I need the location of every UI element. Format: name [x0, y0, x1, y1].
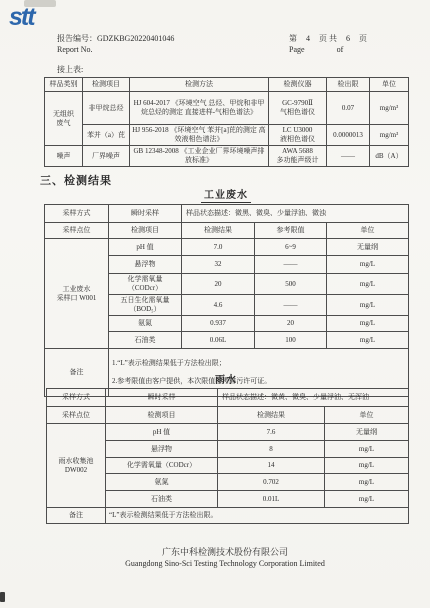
header-cell: 检测结果 [182, 223, 255, 239]
category-cell: 噪声 [45, 146, 83, 167]
stt-logo: stt [9, 3, 34, 32]
table-header-row: 样品类别 检测项目 检测方法 检测仪器 检出限 单位 [45, 78, 409, 92]
rainwater-table: 采样方式 瞬时采样 样品状态描述：微黄、微臭、少量浮油、无浑油 采样点位 检测项… [46, 388, 409, 524]
limit-cell: 0.0000013 [327, 125, 370, 146]
method-table: 样品类别 检测项目 检测方法 检测仪器 检出限 单位 无组织 废气 非甲烷总烃 … [44, 77, 409, 167]
page-word-di: 第 [289, 33, 297, 44]
sampling-point-cell: 雨水收集池 DW002 [47, 424, 106, 508]
item-cell: 苯并（a）芘 [83, 125, 130, 146]
result-cell: 14 [218, 458, 325, 474]
wastewater-table-title: 工业废水 [201, 186, 251, 203]
wastewater-title-wrap: 工业废水 [44, 185, 408, 203]
header-cell: 样品类别 [45, 78, 83, 92]
item-cell: 石油类 [106, 491, 218, 508]
scan-artifact-bottom [0, 592, 5, 602]
header-cell: 检出限 [327, 78, 370, 92]
report-label-en: Report No. [57, 44, 174, 55]
limit-cell: 0.07 [327, 92, 370, 125]
ref-limit-cell: 500 [255, 274, 327, 295]
unit-cell: mg/L [325, 458, 409, 474]
item-cell: 化学需氧量 （CODcr） [109, 274, 182, 295]
item-cell: pH 值 [109, 239, 182, 256]
table-row: 采样方式 瞬时采样 样品状态描述：微黑、微臭、少量浮油、微浊 [45, 205, 409, 223]
header-cell: 采样点位 [45, 223, 109, 239]
rainwater-table-title: 雨水 [215, 371, 237, 386]
item-cell: pH 值 [106, 424, 218, 441]
method-cell: HJ 956-2018 《环境空气 苯并[a]芘的测定 高效液相色谱法》 [130, 125, 269, 146]
unit-cell: mg/L [325, 474, 409, 491]
table-row: 噪声 厂界噪声 GB 12348-2008 《工业企业厂界环境噪声排放标准》 A… [45, 146, 409, 167]
header-cell: 单位 [370, 78, 409, 92]
report-number-line: 报告编号：GDZKBG20220401046 [57, 33, 174, 44]
table-row: 备注 “L”表示检测结果低于方法检出限。 [47, 508, 409, 524]
note-line: 1.“L”表示检测结果低于方法检出限； [112, 359, 406, 368]
page-of-en: of [337, 45, 344, 54]
ref-limit-cell: —— [255, 295, 327, 316]
table-row: 工业废水 采样口 W001 pH 值 7.0 6~9 无量纲 [45, 239, 409, 256]
sample-state-cell: 样品状态描述：微黄、微臭、少量浮油、无浑油 [218, 389, 409, 407]
table-row: 苯并（a）芘 HJ 956-2018 《环境空气 苯并[a]芘的测定 高效液相色… [45, 125, 409, 146]
page-total: 6 [346, 33, 350, 44]
value-cell: 瞬时采样 [109, 205, 182, 223]
item-cell: 悬浮物 [106, 441, 218, 458]
note-label-cell: 备注 [47, 508, 106, 524]
report-number-block: 报告编号：GDZKBG20220401046 Report No. [57, 33, 174, 55]
label-cell: 采样方式 [45, 205, 109, 223]
header-cell: 检测仪器 [269, 78, 327, 92]
unit-cell: mg/L [327, 332, 409, 349]
instrument-cell: LC U3000 液相色谱仪 [269, 125, 327, 146]
unit-cell: mg/L [327, 256, 409, 274]
unit-cell: mg/L [325, 441, 409, 458]
footer-company: 广东中科检测技术股份有限公司 Guangdong Sino-Sci Testin… [20, 546, 430, 570]
ref-limit-cell: 100 [255, 332, 327, 349]
item-cell: 化学需氧量（CODcr） [106, 458, 218, 474]
unit-cell: mg/L [327, 274, 409, 295]
report-number: GDZKBG20220401046 [97, 34, 174, 43]
report-label-cn: 报告编号： [57, 34, 97, 43]
result-cell: 0.06L [182, 332, 255, 349]
table-header-row: 采样点位 检测项目 检测结果 单位 [47, 407, 409, 424]
result-cell: 32 [182, 256, 255, 274]
header-cell: 检测结果 [218, 407, 325, 424]
item-cell: 非甲烷总烃 [83, 92, 130, 125]
result-cell: 0.702 [218, 474, 325, 491]
unit-cell: mg/m³ [370, 92, 409, 125]
page-number: 4 [306, 33, 310, 44]
unit-cell: 无量纲 [327, 239, 409, 256]
continued-table-label: 接上表: [57, 64, 83, 75]
rainwater-title-wrap: 雨水 [44, 370, 408, 388]
notes-cell: “L”表示检测结果低于方法检出限。 [106, 508, 409, 524]
instrument-cell: GC-9790Ⅱ 气相色谱仪 [269, 92, 327, 125]
result-cell: 0.937 [182, 316, 255, 332]
page-line-cn: 第 4 页 共 6 页 [289, 33, 367, 44]
unit-cell: mg/L [327, 316, 409, 332]
result-cell: 0.01L [218, 491, 325, 508]
sampling-point-cell: 工业废水 采样口 W001 [45, 239, 109, 349]
limit-cell: —— [327, 146, 370, 167]
header-cell: 参考限值 [255, 223, 327, 239]
item-cell: 五日生化需氧量 （BOD₅） [109, 295, 182, 316]
instrument-cell: AWA 5688 多功能声级计 [269, 146, 327, 167]
table-row: 雨水收集池 DW002 pH 值 7.6 无量纲 [47, 424, 409, 441]
method-cell: HJ 604-2017 《环境空气 总烃、甲烷和非甲烷总烃的测定 直接进样-气相… [130, 92, 269, 125]
header-cell: 采样点位 [47, 407, 106, 424]
label-cell: 采样方式 [47, 389, 106, 407]
ref-limit-cell: —— [255, 256, 327, 274]
table-row: 无组织 废气 非甲烷总烃 HJ 604-2017 《环境空气 总烃、甲烷和非甲烷… [45, 92, 409, 125]
value-cell: 瞬时采样 [106, 389, 218, 407]
table-header-row: 采样点位 检测项目 检测结果 参考限值 单位 [45, 223, 409, 239]
item-cell: 悬浮物 [109, 256, 182, 274]
unit-cell: mg/L [327, 295, 409, 316]
page-label-en: Page [289, 45, 305, 54]
method-cell: GB 12348-2008 《工业企业厂界环境噪声排放标准》 [130, 146, 269, 167]
ref-limit-cell: 20 [255, 316, 327, 332]
unit-cell: 无量纲 [325, 424, 409, 441]
result-cell: 7.6 [218, 424, 325, 441]
wastewater-table: 采样方式 瞬时采样 样品状态描述：微黑、微臭、少量浮油、微浊 采样点位 检测项目… [44, 204, 409, 397]
result-cell: 4.6 [182, 295, 255, 316]
category-cell: 无组织 废气 [45, 92, 83, 146]
unit-cell: mg/L [325, 491, 409, 508]
item-cell: 厂界噪声 [83, 146, 130, 167]
item-cell: 石油类 [109, 332, 182, 349]
header-cell: 检测项目 [106, 407, 218, 424]
page-word-ye: 页 [359, 33, 367, 44]
unit-cell: mg/m³ [370, 125, 409, 146]
item-cell: 氨氮 [109, 316, 182, 332]
page-word-ye-gong: 页 共 [319, 33, 337, 44]
unit-cell: dB（A） [370, 146, 409, 167]
header-cell: 检测方法 [130, 78, 269, 92]
sample-state-cell: 样品状态描述：微黑、微臭、少量浮油、微浊 [182, 205, 409, 223]
header-cell: 检测项目 [109, 223, 182, 239]
result-cell: 7.0 [182, 239, 255, 256]
item-cell: 氨氮 [106, 474, 218, 491]
company-name-en: Guangdong Sino-Sci Testing Technology Co… [20, 558, 430, 570]
page-line-en: Page of [289, 44, 367, 55]
table-row: 采样方式 瞬时采样 样品状态描述：微黄、微臭、少量浮油、无浑油 [47, 389, 409, 407]
header-cell: 单位 [327, 223, 409, 239]
result-cell: 20 [182, 274, 255, 295]
result-cell: 8 [218, 441, 325, 458]
ref-limit-cell: 6~9 [255, 239, 327, 256]
header-cell: 单位 [325, 407, 409, 424]
company-name-cn: 广东中科检测技术股份有限公司 [20, 546, 430, 558]
header-cell: 检测项目 [83, 78, 130, 92]
page-indicator: 第 4 页 共 6 页 Page of [289, 33, 367, 55]
